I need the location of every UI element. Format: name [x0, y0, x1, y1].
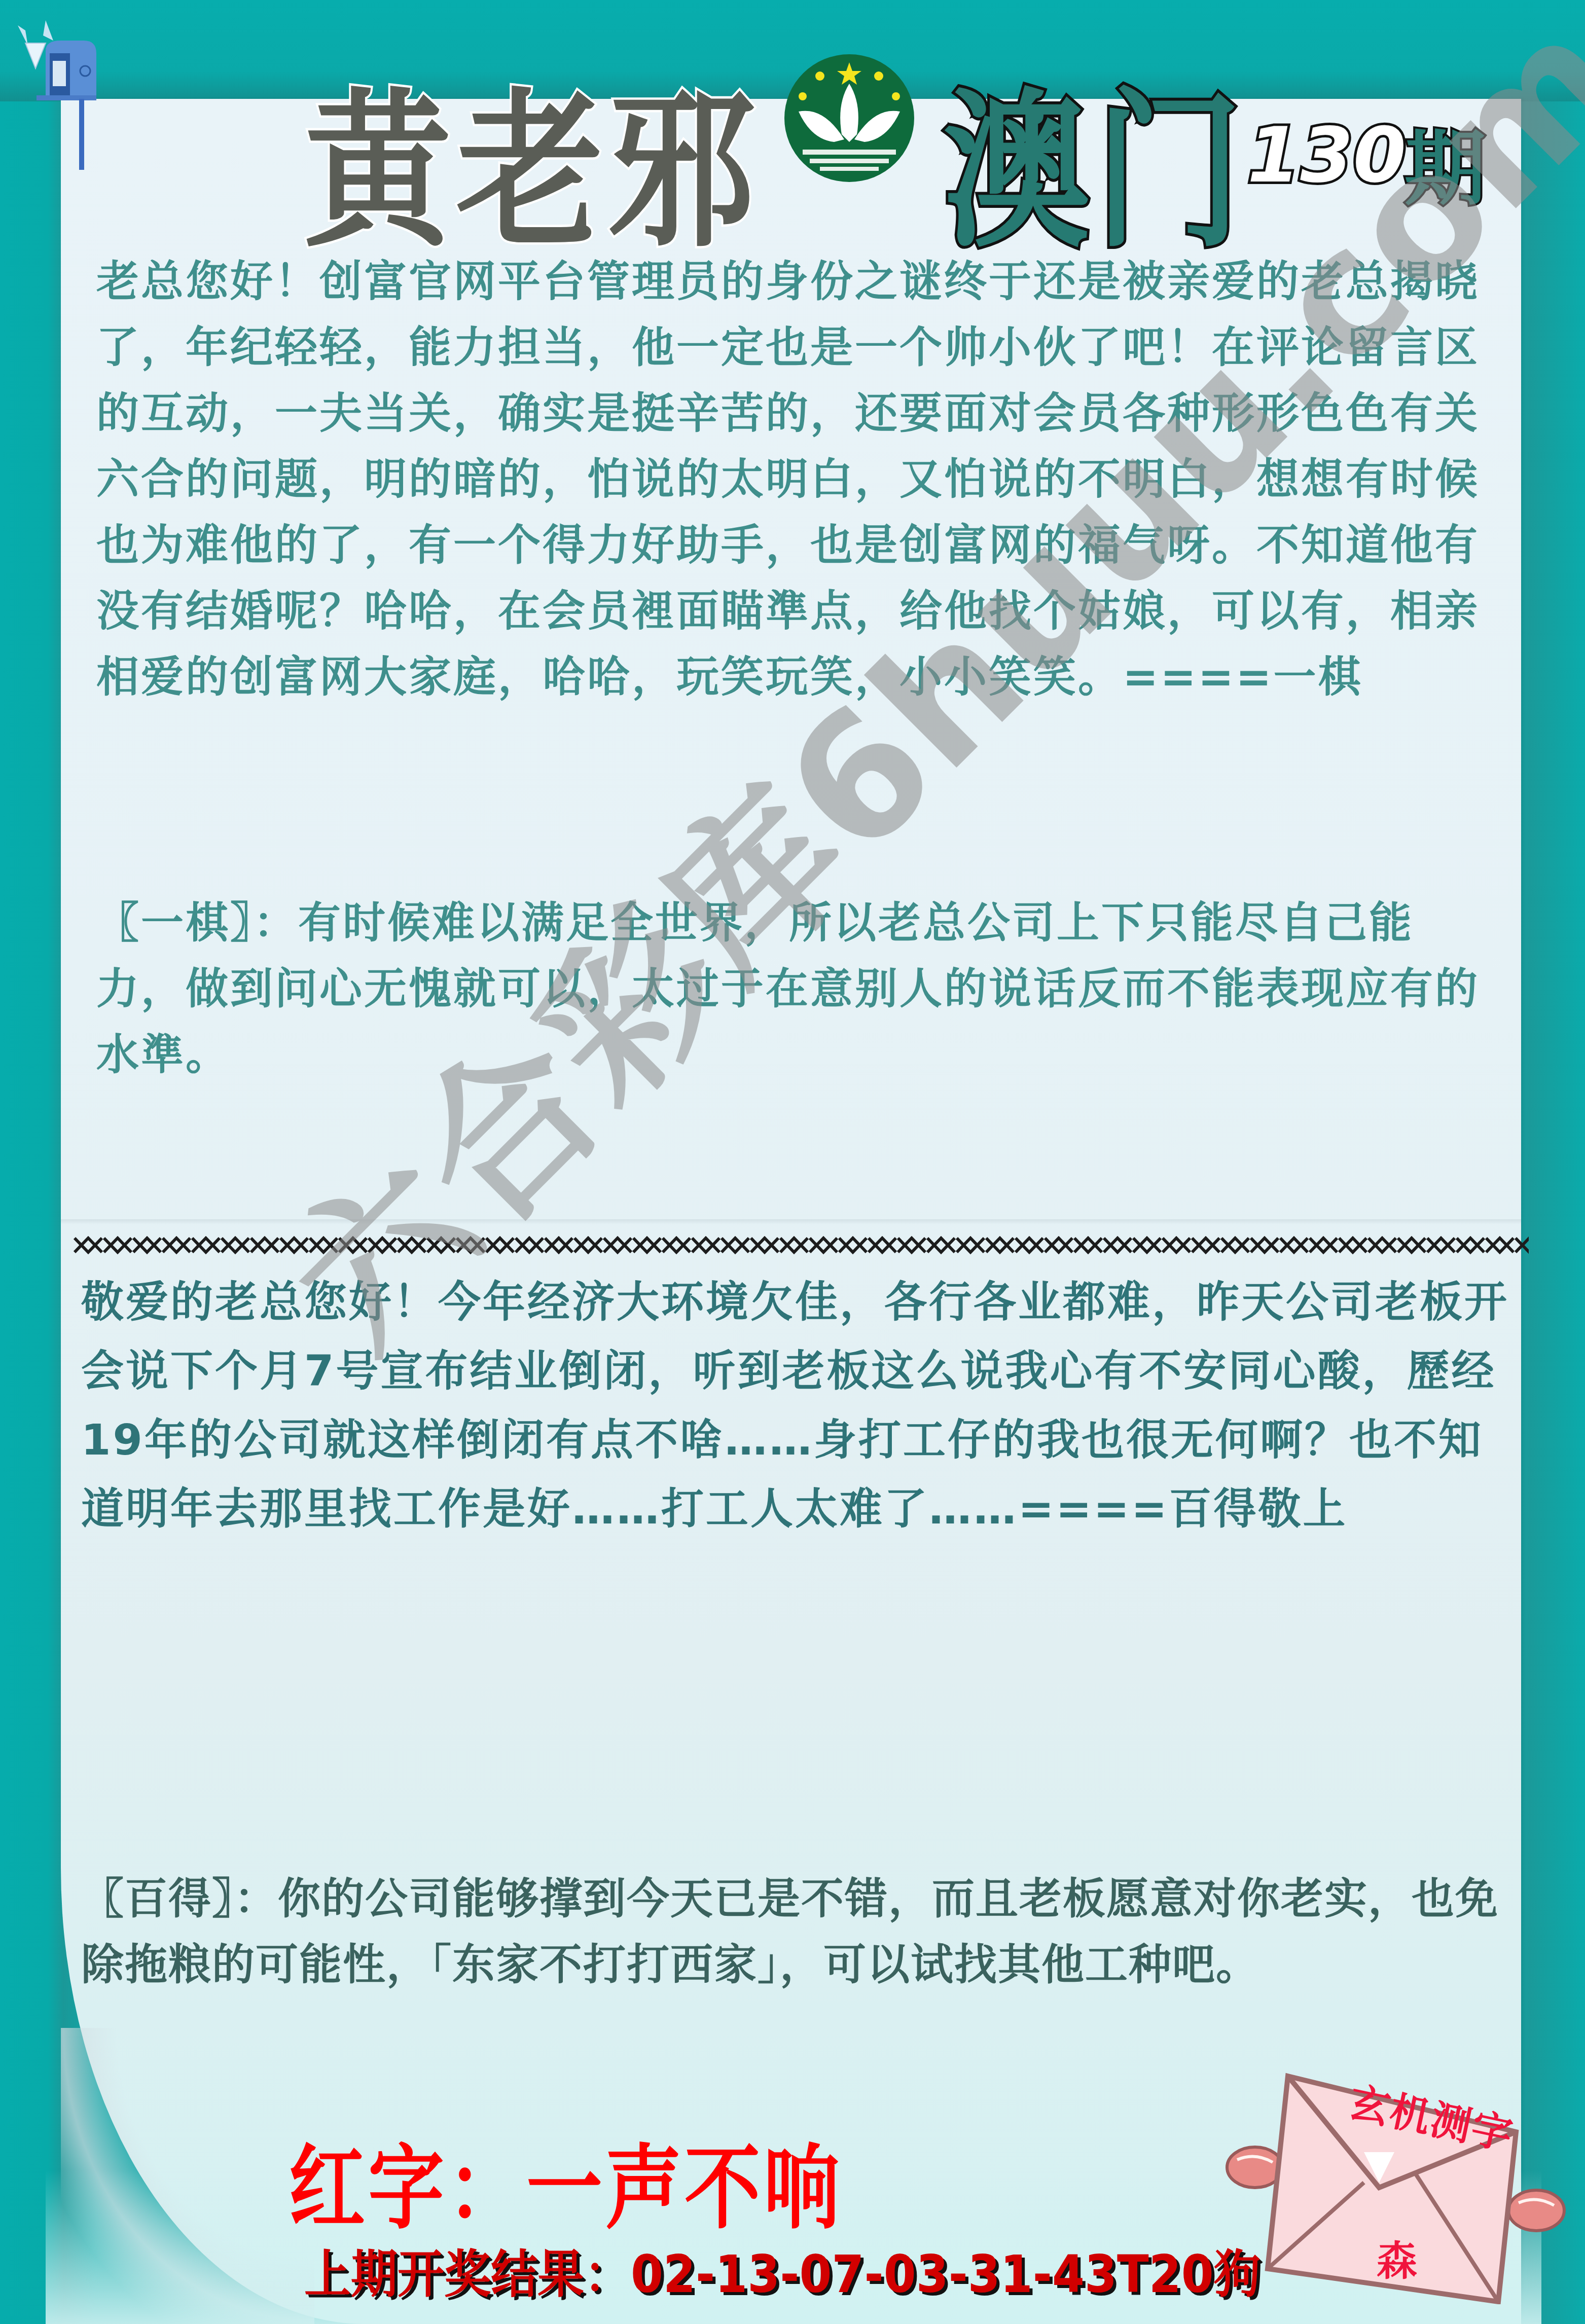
issue-suffix: 期	[1404, 104, 1486, 221]
last-draw-result: 上期开奖结果：02-13-07-03-31-43T20狗	[304, 2233, 1260, 2307]
macau-emblem-icon	[783, 53, 915, 183]
post-2-answer: 〖百得〗：你的公司能够撑到今天已是不错，而且老板愿意对你老实，也免除拖粮的可能性…	[81, 1866, 1531, 1998]
post-2-question: 敬爱的老总您好！今年经济大环境欠佳，各行各业都难，昨天公司老板开会说下个月7号宣…	[81, 1267, 1516, 1543]
envelope-icon: 玄机测字 森	[1212, 2066, 1577, 2304]
section-band	[61, 1219, 1521, 1224]
mailbox-icon	[15, 10, 96, 172]
post-1-question: 老总您好！创富官网平台管理员的身份之谜终于还是被亲爱的老总揭晓了，年纪轻轻，能力…	[96, 248, 1501, 710]
title-main: 黄老邪	[304, 35, 761, 279]
envelope-character: 森	[1377, 2228, 1417, 2286]
title-region: 澳门	[943, 35, 1247, 279]
post-1-answer: 〖一棋〗：有时候难以满足全世界，所以老总公司上下只能尽自己能力，做到问心无愧就可…	[96, 890, 1501, 1087]
cross-stitch-divider	[74, 1232, 1529, 1262]
red-hint: 红字：一声不响	[289, 2114, 843, 2245]
issue-number: 130	[1247, 112, 1406, 200]
